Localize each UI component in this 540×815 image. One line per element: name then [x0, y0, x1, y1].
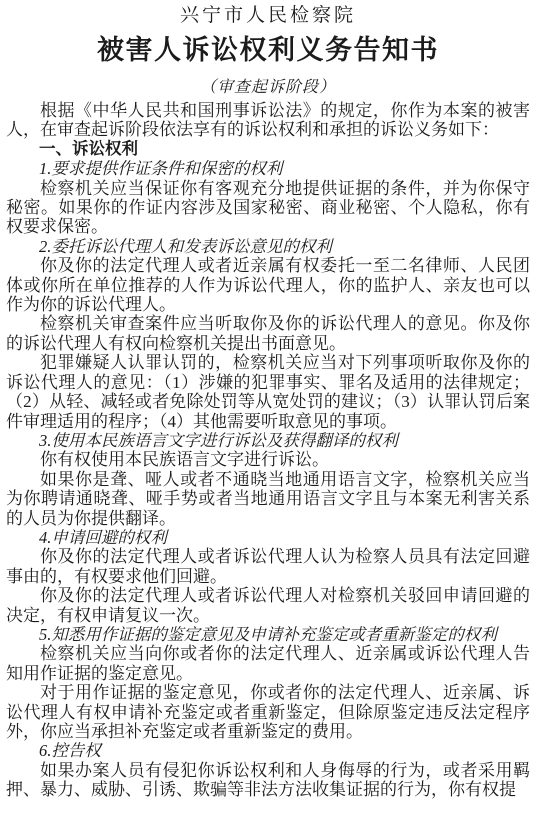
rights-item: 1.要求提供作证条件和保密的权利检察机关应当保证你有客观充分地提供证据的条件，并…: [6, 159, 530, 237]
document-header: 兴宁市人民检察院 被害人诉讼权利义务告知书 （审查起诉阶段）: [6, 3, 530, 98]
section-heading-litigation-rights: 一、诉讼权利: [6, 140, 530, 159]
rights-item-paragraph: 如果你是聋、哑人或者不通晓当地通用语言文字，检察机关应当为你聘请通晓聋、哑手势或…: [6, 470, 530, 528]
document-body: 根据《中华人民共和国刑事诉讼法》的规定，你作为本案的被害人，在审查起诉阶段依法享…: [6, 101, 530, 800]
rights-item-paragraph: 你有权使用本民族语言文字进行诉讼。: [6, 450, 530, 469]
notice-document-page: 兴宁市人民检察院 被害人诉讼权利义务告知书 （审查起诉阶段） 根据《中华人民共和…: [0, 0, 540, 815]
rights-item-paragraph: 对于用作证据的鉴定意见，你或者你的法定代理人、近亲属、诉讼代理人有权申请补充鉴定…: [6, 683, 530, 741]
rights-item: 2.委托诉讼代理人和发表诉讼意见的权利你及你的法定代理人或者近亲属有权委托一至二…: [6, 237, 530, 431]
rights-item-paragraph: 你及你的法定代理人或者近亲属有权委托一至二名律师、人民团体或你所在单位推荐的人作…: [6, 256, 530, 314]
rights-item-paragraph: 犯罪嫌疑人认罪认罚的，检察机关应当对下列事项听取你及你的诉讼代理人的意见：（1）…: [6, 353, 530, 431]
rights-item: 3.使用本民族语言文字进行诉讼及获得翻译的权利你有权使用本民族语言文字进行诉讼。…: [6, 431, 530, 528]
org-name: 兴宁市人民检察院: [6, 3, 530, 28]
rights-item-paragraph: 检察机关应当保证你有客观充分地提供证据的条件，并为你保守秘密。如果你的作证内容涉…: [6, 179, 530, 237]
rights-item-paragraph: 检察机关应当向你或者你的法定代理人、近亲属或诉讼代理人告知用作证据的鉴定意见。: [6, 644, 530, 683]
rights-item-heading: 5.知悉用作证据的鉴定意见及申请补充鉴定或者重新鉴定的权利: [6, 625, 530, 644]
stage-label: （审查起诉阶段）: [6, 78, 530, 98]
rights-item-paragraph: 检察机关审查案件应当听取你及你的诉讼代理人的意见。你及你的诉讼代理人有权向检察机…: [6, 314, 530, 353]
rights-item-paragraph: 如果办案人员有侵犯你诉讼权利和人身侮辱的行为，或者采用羁押、暴力、威胁、引诱、欺…: [6, 761, 530, 800]
intro-paragraph: 根据《中华人民共和国刑事诉讼法》的规定，你作为本案的被害人，在审查起诉阶段依法享…: [6, 101, 530, 140]
rights-item-heading: 3.使用本民族语言文字进行诉讼及获得翻译的权利: [6, 431, 530, 450]
rights-item-heading: 4.申请回避的权利: [6, 528, 530, 547]
rights-item-heading: 2.委托诉讼代理人和发表诉讼意见的权利: [6, 237, 530, 256]
rights-item: 6.控告权如果办案人员有侵犯你诉讼权利和人身侮辱的行为，或者采用羁押、暴力、威胁…: [6, 741, 530, 799]
rights-item-paragraph: 你及你的法定代理人或者诉讼代理人对检察机关驳回申请回避的决定，有权申请复议一次。: [6, 586, 530, 625]
rights-item-heading: 6.控告权: [6, 741, 530, 760]
document-title: 被害人诉讼权利义务告知书: [6, 33, 530, 67]
rights-item: 5.知悉用作证据的鉴定意见及申请补充鉴定或者重新鉴定的权利检察机关应当向你或者你…: [6, 625, 530, 741]
rights-item-heading: 1.要求提供作证条件和保密的权利: [6, 159, 530, 178]
rights-item: 4.申请回避的权利你及你的法定代理人或者诉讼代理人认为检察人员具有法定回避事由的…: [6, 528, 530, 625]
rights-list: 1.要求提供作证条件和保密的权利检察机关应当保证你有客观充分地提供证据的条件，并…: [6, 159, 530, 799]
rights-item-paragraph: 你及你的法定代理人或者诉讼代理人认为检察人员具有法定回避事由的，有权要求他们回避…: [6, 547, 530, 586]
